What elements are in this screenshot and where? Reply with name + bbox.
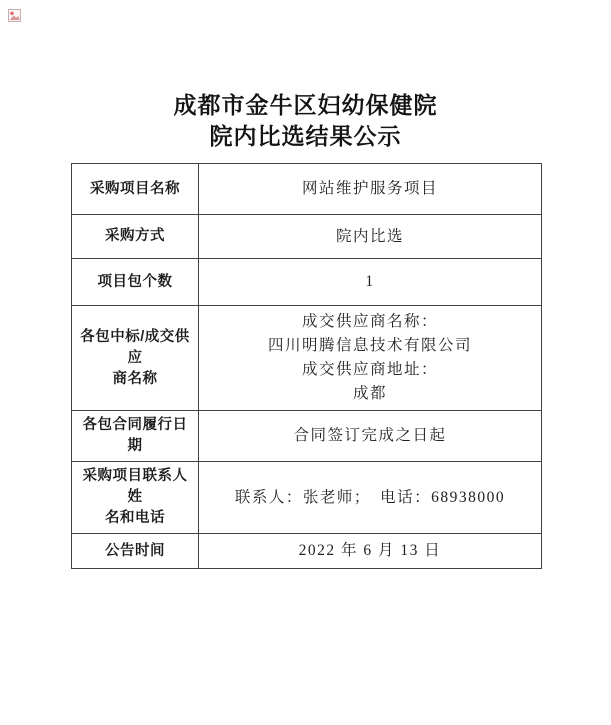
row-label: 采购项目联系人姓 名和电话 xyxy=(72,462,199,533)
row-value: 成交供应商名称： 四川明腾信息技术有限公司 成交供应商地址： 成都 xyxy=(199,306,541,410)
table-row-supplier: 各包中标/成交供应 商名称 成交供应商名称： 四川明腾信息技术有限公司 成交供应… xyxy=(72,305,541,410)
row-value: 联系人：张老师； 电话：68938000 xyxy=(199,462,541,533)
table-row-contract-date: 各包合同履行日期 合同签订完成之日起 xyxy=(72,410,541,461)
row-value: 2022 年 6 月 13 日 xyxy=(199,534,541,568)
row-label: 各包合同履行日期 xyxy=(72,411,199,461)
row-label: 项目包个数 xyxy=(72,259,199,305)
row-label: 公告时间 xyxy=(72,534,199,568)
page-title: 成都市金牛区妇幼保健院 院内比选结果公示 xyxy=(0,90,611,152)
row-value: 院内比选 xyxy=(199,215,541,258)
announcement-page: 成都市金牛区妇幼保健院 院内比选结果公示 采购项目名称 网站维护服务项目 采购方… xyxy=(0,0,611,725)
table-row-project-name: 采购项目名称 网站维护服务项目 xyxy=(72,164,541,214)
result-table: 采购项目名称 网站维护服务项目 采购方式 院内比选 项目包个数 1 各包中标/成… xyxy=(71,163,542,569)
page-title-line1: 成都市金牛区妇幼保健院 xyxy=(0,90,611,121)
row-label: 采购项目名称 xyxy=(72,164,199,214)
row-value: 合同签订完成之日起 xyxy=(199,411,541,461)
page-title-line2: 院内比选结果公示 xyxy=(0,121,611,152)
table-row-package-count: 项目包个数 1 xyxy=(72,258,541,305)
row-label: 各包中标/成交供应 商名称 xyxy=(72,306,199,410)
row-value: 网站维护服务项目 xyxy=(199,164,541,214)
table-row-procurement-method: 采购方式 院内比选 xyxy=(72,214,541,258)
table-row-announce-time: 公告时间 2022 年 6 月 13 日 xyxy=(72,533,541,568)
row-value: 1 xyxy=(199,259,541,305)
table-row-contact: 采购项目联系人姓 名和电话 联系人：张老师； 电话：68938000 xyxy=(72,461,541,533)
row-label: 采购方式 xyxy=(72,215,199,258)
broken-image-icon xyxy=(8,9,21,22)
